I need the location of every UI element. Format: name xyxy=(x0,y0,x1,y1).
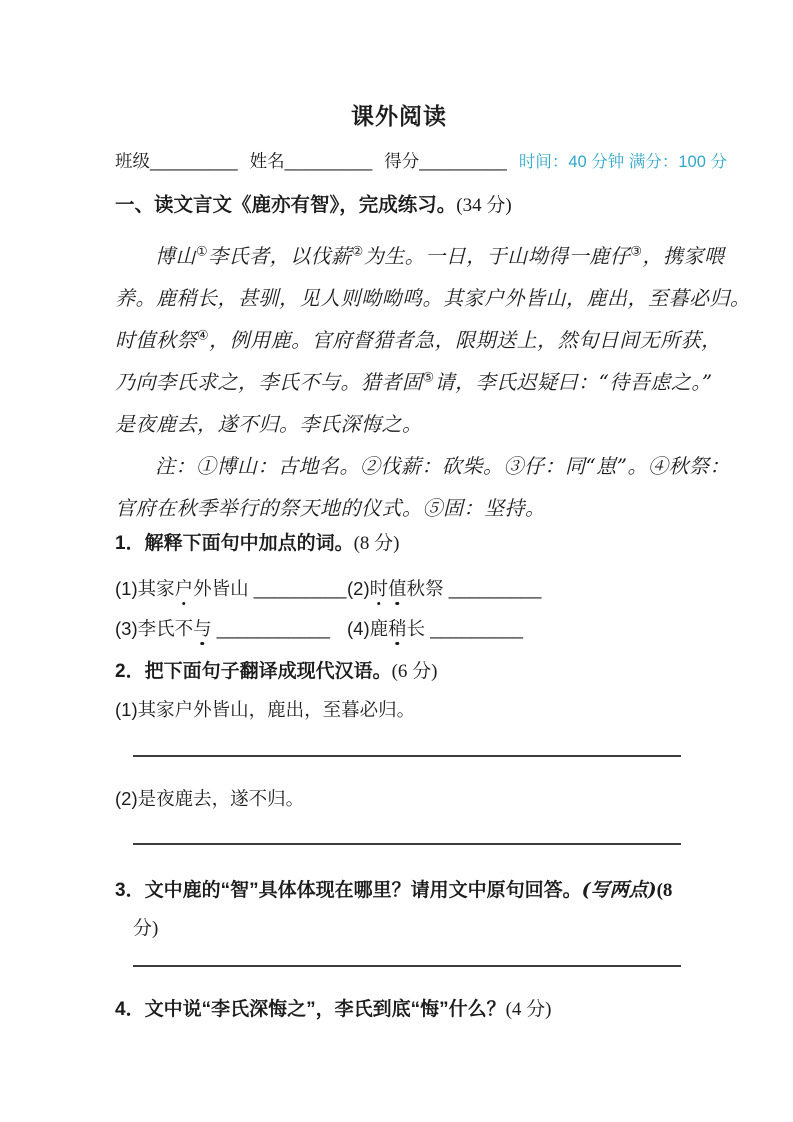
exam-meta: 时间：40 分钟 满分：100 分 xyxy=(519,149,727,175)
score-blank: _________ xyxy=(419,151,507,171)
class-label: 班级 xyxy=(115,151,150,171)
q2-item-1: (1)其家户外皆山，鹿出，至暮必归。 xyxy=(115,697,683,723)
worksheet-page: 课外阅读 班级_________ 姓名_________ 得分_________… xyxy=(0,0,793,1122)
passage: 博山①李氏者，以伐薪②为生。一日，于山坳得一鹿仔③，携家喂 养。鹿稍长，甚驯，见… xyxy=(115,235,683,529)
question-1-heading: 1．解释下面句中加点的词。(8 分) xyxy=(115,529,683,559)
q2-answer-line-1 xyxy=(133,755,681,757)
passage-line-1: 博山①李氏者，以伐薪②为生。一日，于山坳得一鹿仔③，携家喂 xyxy=(115,235,683,277)
passage-line-2: 养。鹿稍长，甚驯，见人则呦呦鸣。其家户外皆山，鹿出，至暮必归。 xyxy=(115,277,683,319)
class-blank: _________ xyxy=(150,151,238,171)
name-label: 姓名 xyxy=(250,151,285,171)
q1-item-3: (3)李氏不与 ___________ xyxy=(115,609,347,649)
q1-item-4: (4)鹿稍长 _________ xyxy=(347,609,683,649)
score-label: 得分 xyxy=(384,151,419,171)
note-line-2: 官府在秋季举行的祭天地的仪式。⑤固：坚持。 xyxy=(115,487,683,529)
passage-line-4: 乃向李氏求之，李氏不与。猎者固⑤请，李氏迟疑曰：“待吾虑之。” xyxy=(115,361,683,403)
question-2-heading: 2．把下面句子翻译成现代汉语。(6 分) xyxy=(115,657,683,687)
question-4-heading: 4．文中说“李氏深悔之”，李氏到底“悔”什么？(4 分) xyxy=(115,995,683,1025)
page-title: 课外阅读 xyxy=(115,100,683,132)
q3-line-1: 3．文中鹿的“智”具体体现在哪里？请用文中原句回答。(写两点)(8 xyxy=(115,871,683,910)
q3-line-2: 分) xyxy=(115,910,683,948)
score-field: 得分_________ xyxy=(384,148,507,174)
class-field: 班级_________ xyxy=(115,148,238,174)
passage-line-5: 是夜鹿去，遂不归。李氏深悔之。 xyxy=(115,403,683,445)
q3-answer-line xyxy=(133,965,681,967)
student-info-row: 班级_________ 姓名_________ 得分_________ 时间：4… xyxy=(115,148,683,175)
note-line-1: 注：①博山：古地名。②伐薪：砍柴。③仔：同“崽”。④秋祭： xyxy=(115,445,683,487)
section-1-heading: 一、读文言文《鹿亦有智》，完成练习。(34 分) xyxy=(115,192,683,219)
question-3-heading: 3．文中鹿的“智”具体体现在哪里？请用文中原句回答。(写两点)(8 分) xyxy=(115,871,683,948)
q2-answer-line-2 xyxy=(133,843,681,845)
passage-line-3: 时值秋祭④，例用鹿。官府督猎者急，限期送上，然旬日间无所获， xyxy=(115,319,683,361)
q1-item-1: (1)其家户外皆山 _________ xyxy=(115,569,347,609)
q1-item-2: (2)时值秋祭 _________ xyxy=(347,569,683,609)
question-1-items: (1)其家户外皆山 _________ (2)时值秋祭 _________ (3… xyxy=(115,569,683,649)
q2-item-2: (2)是夜鹿去，遂不归。 xyxy=(115,786,683,812)
name-field: 姓名_________ xyxy=(250,148,373,174)
name-blank: _________ xyxy=(285,151,373,171)
